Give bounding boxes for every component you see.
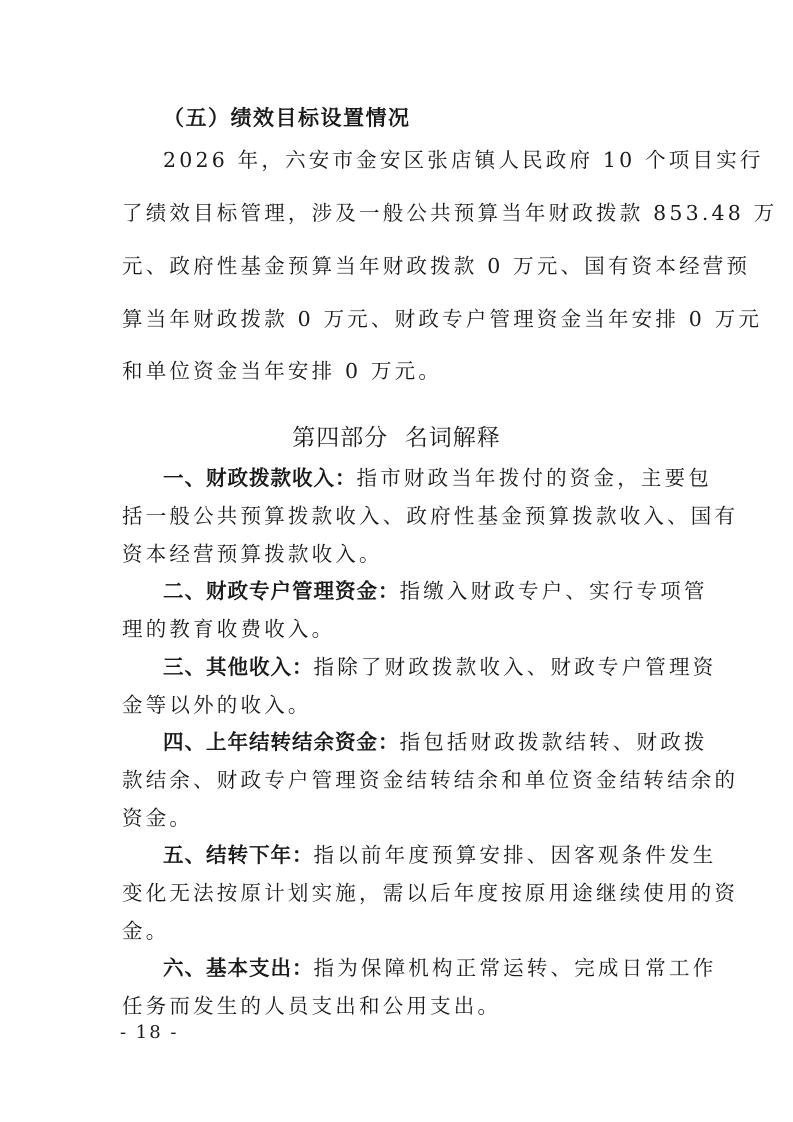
- term-definition: 指包括财政拨款结转、财政拨: [400, 730, 708, 754]
- term-label: 三、其他收入：: [163, 655, 314, 679]
- term-label: 四、上年结转结余资金：: [163, 730, 400, 754]
- term-definition: 指市财政当年拨付的资金，主要包: [357, 466, 713, 490]
- section-heading: （五）绩效目标设置情况: [163, 105, 411, 131]
- term-label: 二、财政专户管理资金：: [163, 579, 400, 603]
- paragraph-line: 金。: [122, 918, 169, 944]
- paragraph-line: 理的教育收费收入。: [122, 616, 335, 642]
- paragraph-line: 任务而发生的人员支出和公用支出。: [122, 993, 501, 1019]
- term-entry: 五、结转下年：指以前年度预算安排、因客观条件发生: [163, 842, 716, 868]
- term-entry: 四、上年结转结余资金：指包括财政拨款结转、财政拨: [163, 729, 708, 755]
- term-definition: 指缴入财政专户、实行专项管: [400, 579, 708, 603]
- paragraph-line: 了绩效目标管理，涉及一般公共预算当年财政拨款 853.48 万: [122, 200, 777, 226]
- paragraph-line: 元、政府性基金预算当年财政拨款 0 万元、国有资本经营预: [122, 253, 750, 279]
- term-definition: 指除了财政拨款收入、财政专户管理资: [314, 655, 717, 679]
- term-label: 六、基本支出：: [163, 956, 314, 980]
- term-definition: 指为保障机构正常运转、完成日常工作: [314, 956, 717, 980]
- paragraph-line: 和单位资金当年安排 0 万元。: [122, 358, 442, 384]
- paragraph-line: 资本经营预算拨款收入。: [122, 541, 383, 567]
- page-number: - 18 -: [120, 1022, 179, 1043]
- paragraph-line: 款结余、财政专户管理资金结转结余和单位资金结转结余的: [122, 767, 738, 793]
- term-entry: 六、基本支出：指为保障机构正常运转、完成日常工作: [163, 955, 716, 981]
- term-entry: 三、其他收入：指除了财政拨款收入、财政专户管理资: [163, 654, 716, 680]
- paragraph-line: 金等以外的收入。: [122, 692, 312, 718]
- term-label: 五、结转下年：: [163, 843, 314, 867]
- paragraph-line: 算当年财政拨款 0 万元、财政专户管理资金当年安排 0 万元: [122, 306, 762, 332]
- paragraph-line: 资金。: [122, 805, 193, 831]
- term-label: 一、财政拨款收入：: [163, 466, 357, 490]
- term-definition: 指以前年度预算安排、因客观条件发生: [314, 843, 717, 867]
- paragraph-line: 变化无法按原计划实施，需以后年度按原用途继续使用的资: [122, 880, 738, 906]
- part-title: 第四部分 名词解释: [0, 425, 793, 451]
- term-entry: 二、财政专户管理资金：指缴入财政专户、实行专项管: [163, 578, 708, 604]
- term-entry: 一、财政拨款收入：指市财政当年拨付的资金，主要包: [163, 465, 712, 491]
- paragraph-line: 括一般公共预算拨款收入、政府性基金预算拨款收入、国有: [122, 503, 738, 529]
- paragraph-line: 2026 年，六安市金安区张店镇人民政府 10 个项目实行: [163, 147, 764, 173]
